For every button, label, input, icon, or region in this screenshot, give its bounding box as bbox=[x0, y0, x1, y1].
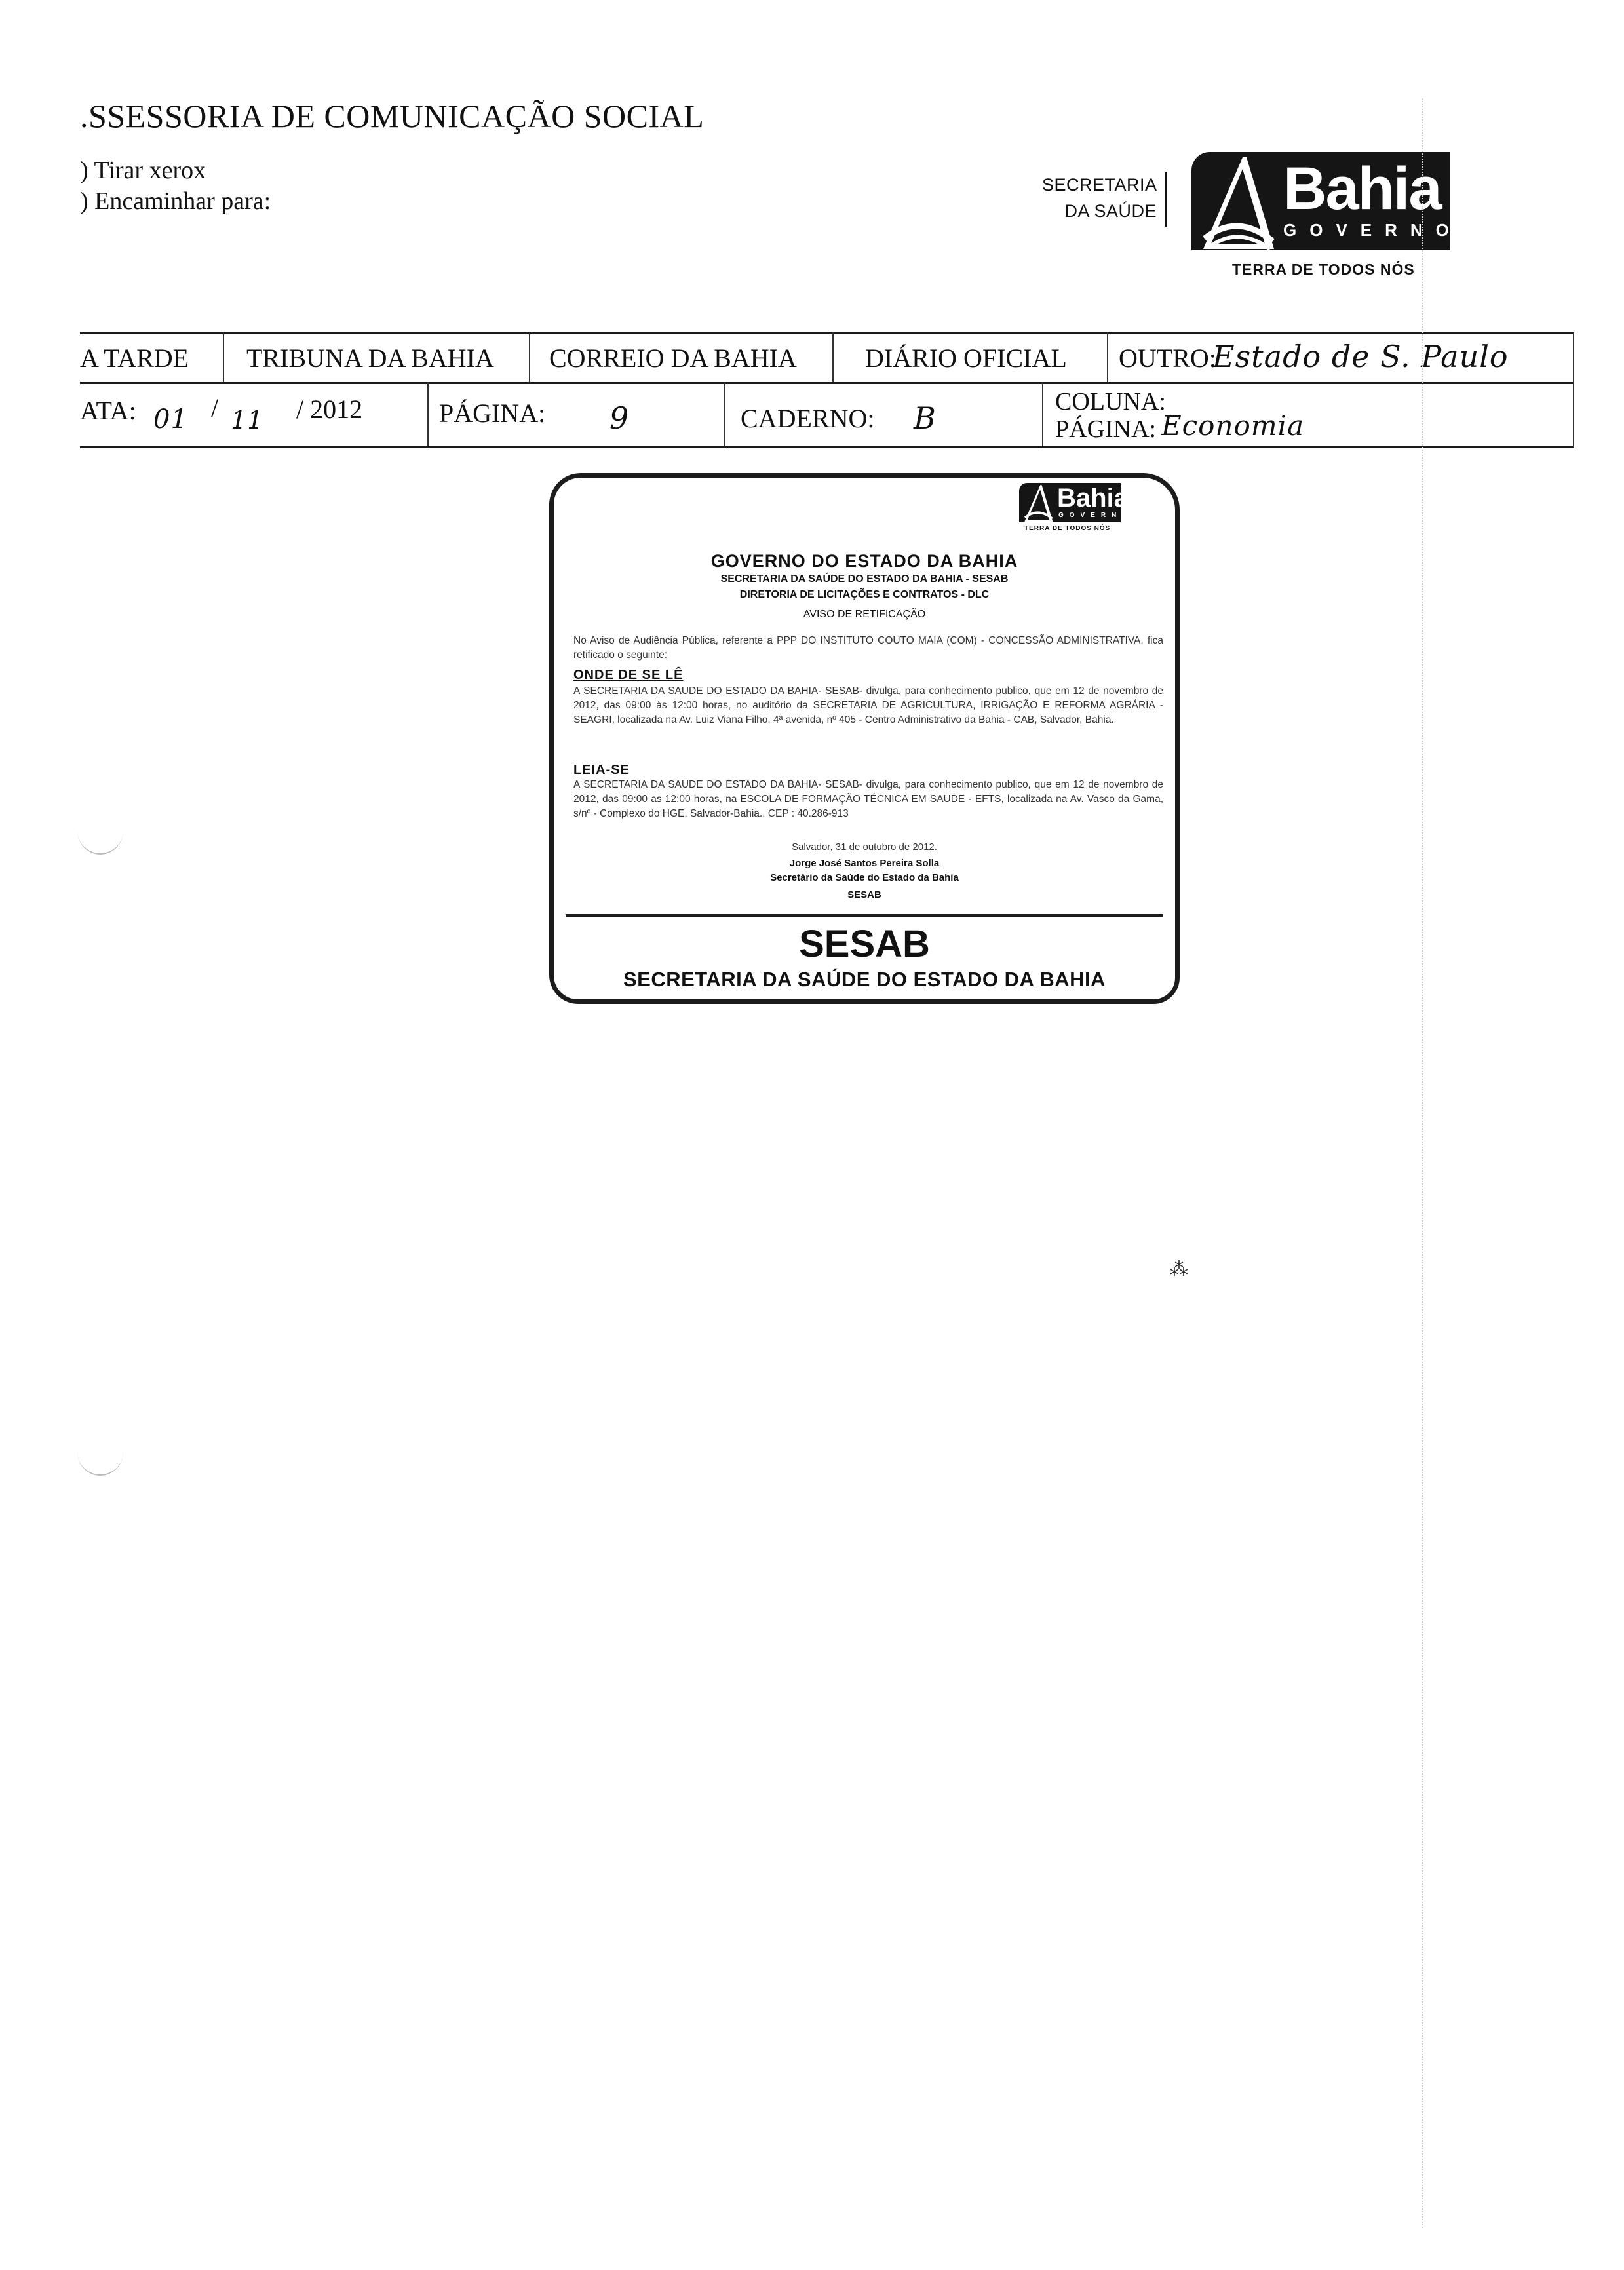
data-label: ATA: bbox=[80, 395, 136, 426]
clipping-gov-title: GOVERNO DO ESTADO DA BAHIA bbox=[554, 551, 1175, 571]
punch-hole-mark bbox=[77, 807, 123, 855]
option-a-tarde[interactable]: A TARDE bbox=[80, 343, 189, 374]
caderno-label: CADERNO: bbox=[741, 403, 874, 434]
scan-speck-mark: ⁂ bbox=[1170, 1258, 1188, 1280]
data-year: / 2012 bbox=[296, 394, 362, 425]
clipping-diretoria: DIRETORIA DE LICITAÇÕES E CONTRATOS - DL… bbox=[554, 589, 1175, 601]
org-title: .SSESSORIA DE COMUNICAÇÃO SOCIAL bbox=[80, 97, 704, 135]
col-divider bbox=[832, 332, 834, 382]
clipping-footer-name: SECRETARIA DA SAÚDE DO ESTADO DA BAHIA bbox=[554, 968, 1175, 991]
col-divider bbox=[1042, 382, 1043, 446]
logo-brand-sub: GOVERNO bbox=[1283, 220, 1450, 240]
coluna-pagina-value[interactable]: Economia bbox=[1161, 410, 1304, 442]
clipping-leia-heading: LEIA-SE bbox=[573, 763, 630, 778]
caderno-value[interactable]: B bbox=[914, 400, 937, 436]
clipping-place-date: Salvador, 31 de outubro de 2012. bbox=[554, 841, 1175, 853]
clipping-signer: Jorge José Santos Pereira Solla bbox=[554, 858, 1175, 869]
clipping-leia-text: A SECRETARIA DA SAUDE DO ESTADO DA BAHIA… bbox=[573, 778, 1163, 821]
col-divider bbox=[529, 332, 530, 382]
clipping-aviso-title: AVISO DE RETIFICAÇÃO bbox=[554, 609, 1175, 621]
coluna-label: COLUNA: bbox=[1055, 387, 1166, 416]
pagina-label: PÁGINA: bbox=[439, 398, 545, 429]
coluna-pagina-label: PÁGINA: bbox=[1055, 415, 1156, 444]
clipping-logo-brand: Bahia bbox=[1057, 483, 1121, 513]
option-correio-da-bahia[interactable]: CORREIO DA BAHIA bbox=[549, 343, 797, 374]
table-border-middle bbox=[80, 382, 1574, 384]
clipping-logo-sub: GOVERNO bbox=[1058, 512, 1121, 519]
bahia-triangle-logo-icon bbox=[1019, 483, 1057, 522]
checkbox-encaminhar[interactable]: ) Encaminhar para: bbox=[80, 187, 271, 216]
clipping-onde-heading: ONDE DE SE LÊ bbox=[573, 668, 683, 683]
logo-tagline: TERRA DE TODOS NÓS bbox=[1232, 261, 1415, 279]
clipping-onde-text: A SECRETARIA DA SAUDE DO ESTADO DA BAHIA… bbox=[573, 684, 1163, 727]
outro-value[interactable]: Estado de S. Paulo bbox=[1212, 339, 1509, 374]
checkbox-tirar-xerox[interactable]: ) Tirar xerox bbox=[80, 156, 206, 185]
clipping-signer-org: SESAB bbox=[554, 889, 1175, 900]
col-divider bbox=[1107, 332, 1108, 382]
punch-hole-mark bbox=[77, 1429, 123, 1476]
bahia-triangle-logo-icon bbox=[1191, 152, 1283, 250]
newspaper-clipping: Bahia GOVERNO TERRA DE TODOS NÓS GOVERNO… bbox=[549, 473, 1180, 1004]
data-day[interactable]: 01 bbox=[153, 404, 188, 434]
col-divider bbox=[427, 382, 429, 446]
data-separator: / bbox=[211, 393, 218, 423]
table-border-top bbox=[80, 332, 1574, 334]
clipping-bahia-logo: Bahia GOVERNO bbox=[1019, 483, 1121, 522]
clipping-divider bbox=[566, 914, 1163, 917]
col-divider bbox=[724, 382, 725, 446]
col-divider bbox=[223, 332, 224, 382]
clipping-intro: No Aviso de Audiência Pública, referente… bbox=[573, 634, 1163, 663]
secretaria-line-1: SECRETARIA bbox=[1042, 172, 1157, 198]
pagina-value[interactable]: 9 bbox=[609, 400, 629, 436]
bahia-logo: Bahia GOVERNO bbox=[1191, 152, 1450, 250]
clipping-signer-role: Secretário da Saúde do Estado da Bahia bbox=[554, 872, 1175, 883]
clipping-logo-tagline: TERRA DE TODOS NÓS bbox=[1024, 525, 1110, 532]
data-month[interactable]: 11 bbox=[231, 406, 263, 434]
table-border-bottom bbox=[80, 446, 1574, 448]
logo-divider bbox=[1165, 172, 1167, 227]
clipping-footer-acronym: SESAB bbox=[554, 923, 1175, 965]
scan-edge-artifact bbox=[1422, 98, 1425, 2228]
secretaria-line-2: DA SAÚDE bbox=[1042, 198, 1157, 224]
option-diario-oficial[interactable]: DIÁRIO OFICIAL bbox=[865, 343, 1067, 374]
clipping-secretaria: SECRETARIA DA SAÚDE DO ESTADO DA BAHIA -… bbox=[554, 573, 1175, 585]
option-tribuna-da-bahia[interactable]: TRIBUNA DA BAHIA bbox=[246, 343, 494, 374]
logo-brand: Bahia bbox=[1283, 156, 1441, 221]
table-border-right bbox=[1573, 332, 1574, 448]
secretaria-label: SECRETARIA DA SAÚDE bbox=[1042, 172, 1157, 224]
clipping-form-table: A TARDE TRIBUNA DA BAHIA CORREIO DA BAHI… bbox=[80, 332, 1574, 450]
outro-label: OUTRO: bbox=[1119, 343, 1216, 374]
